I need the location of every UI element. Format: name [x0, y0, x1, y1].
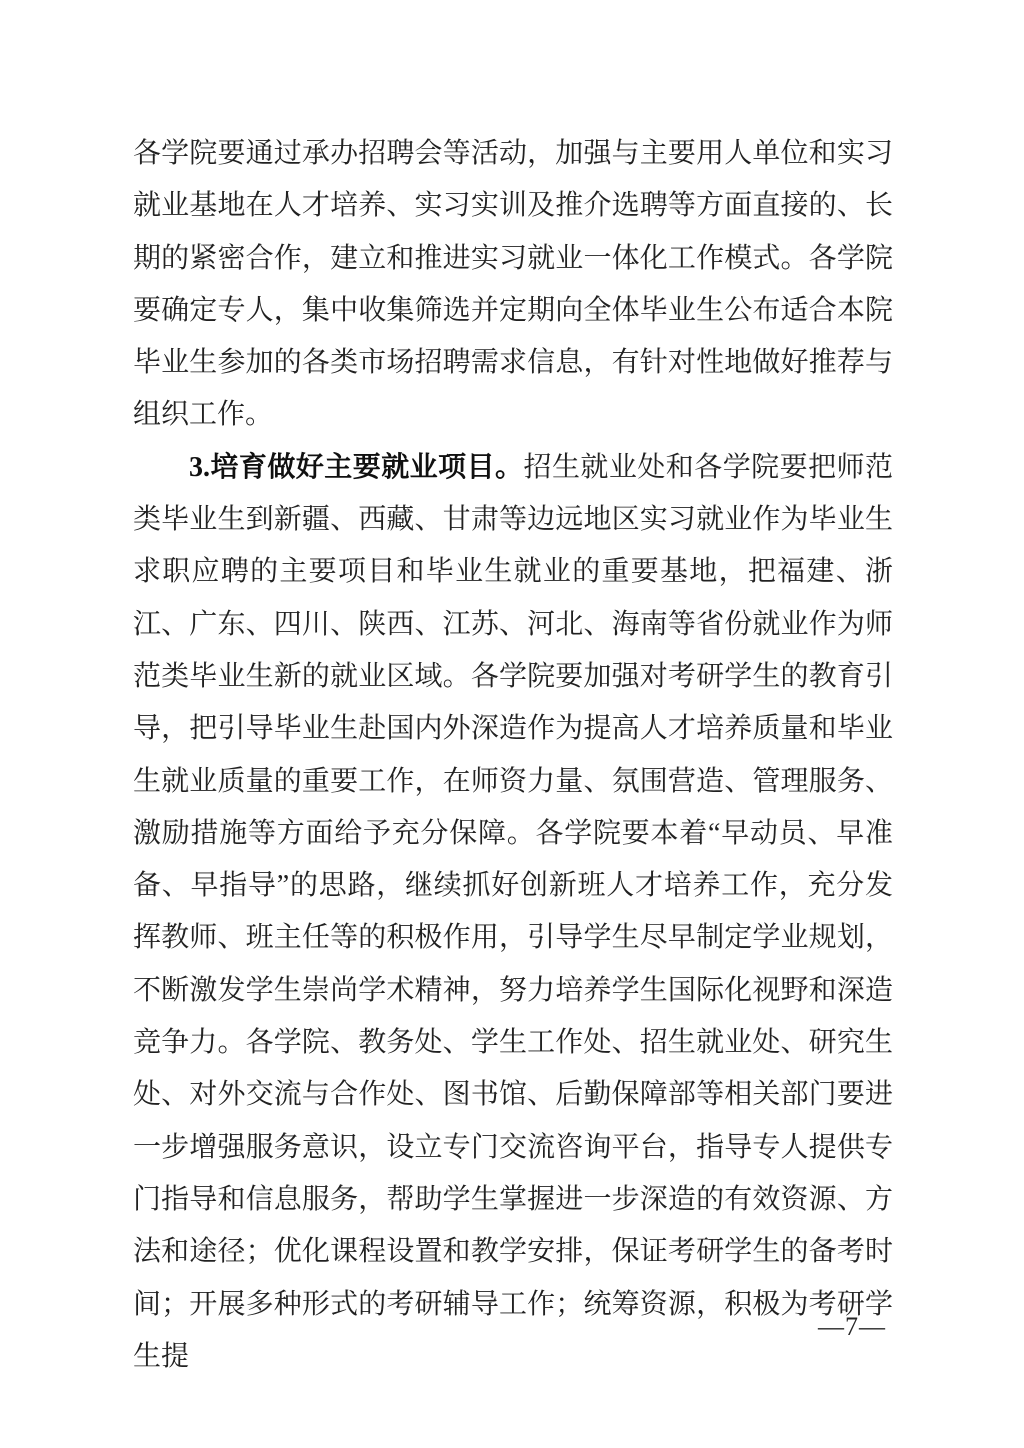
section-heading: 3.培育做好主要就业项目。 — [189, 452, 524, 483]
page-number: —7— — [818, 1310, 886, 1344]
paragraph-text: 招生就业处和各学院要把师范类毕业生到新疆、西藏、甘肃等边远地区实习就业作为毕业生… — [133, 452, 893, 1372]
paragraph: 3.培育做好主要就业项目。招生就业处和各学院要把师范类毕业生到新疆、西藏、甘肃等… — [133, 442, 893, 1383]
document-body: 各学院要通过承办招聘会等活动，加强与主要用人单位和实习就业基地在人才培养、实习实… — [133, 128, 893, 1383]
paragraph: 各学院要通过承办招聘会等活动，加强与主要用人单位和实习就业基地在人才培养、实习实… — [133, 128, 893, 442]
document-page: 各学院要通过承办招聘会等活动，加强与主要用人单位和实习就业基地在人才培养、实习实… — [0, 0, 1024, 1448]
paragraph-text: 各学院要通过承办招聘会等活动，加强与主要用人单位和实习就业基地在人才培养、实习实… — [133, 138, 893, 430]
